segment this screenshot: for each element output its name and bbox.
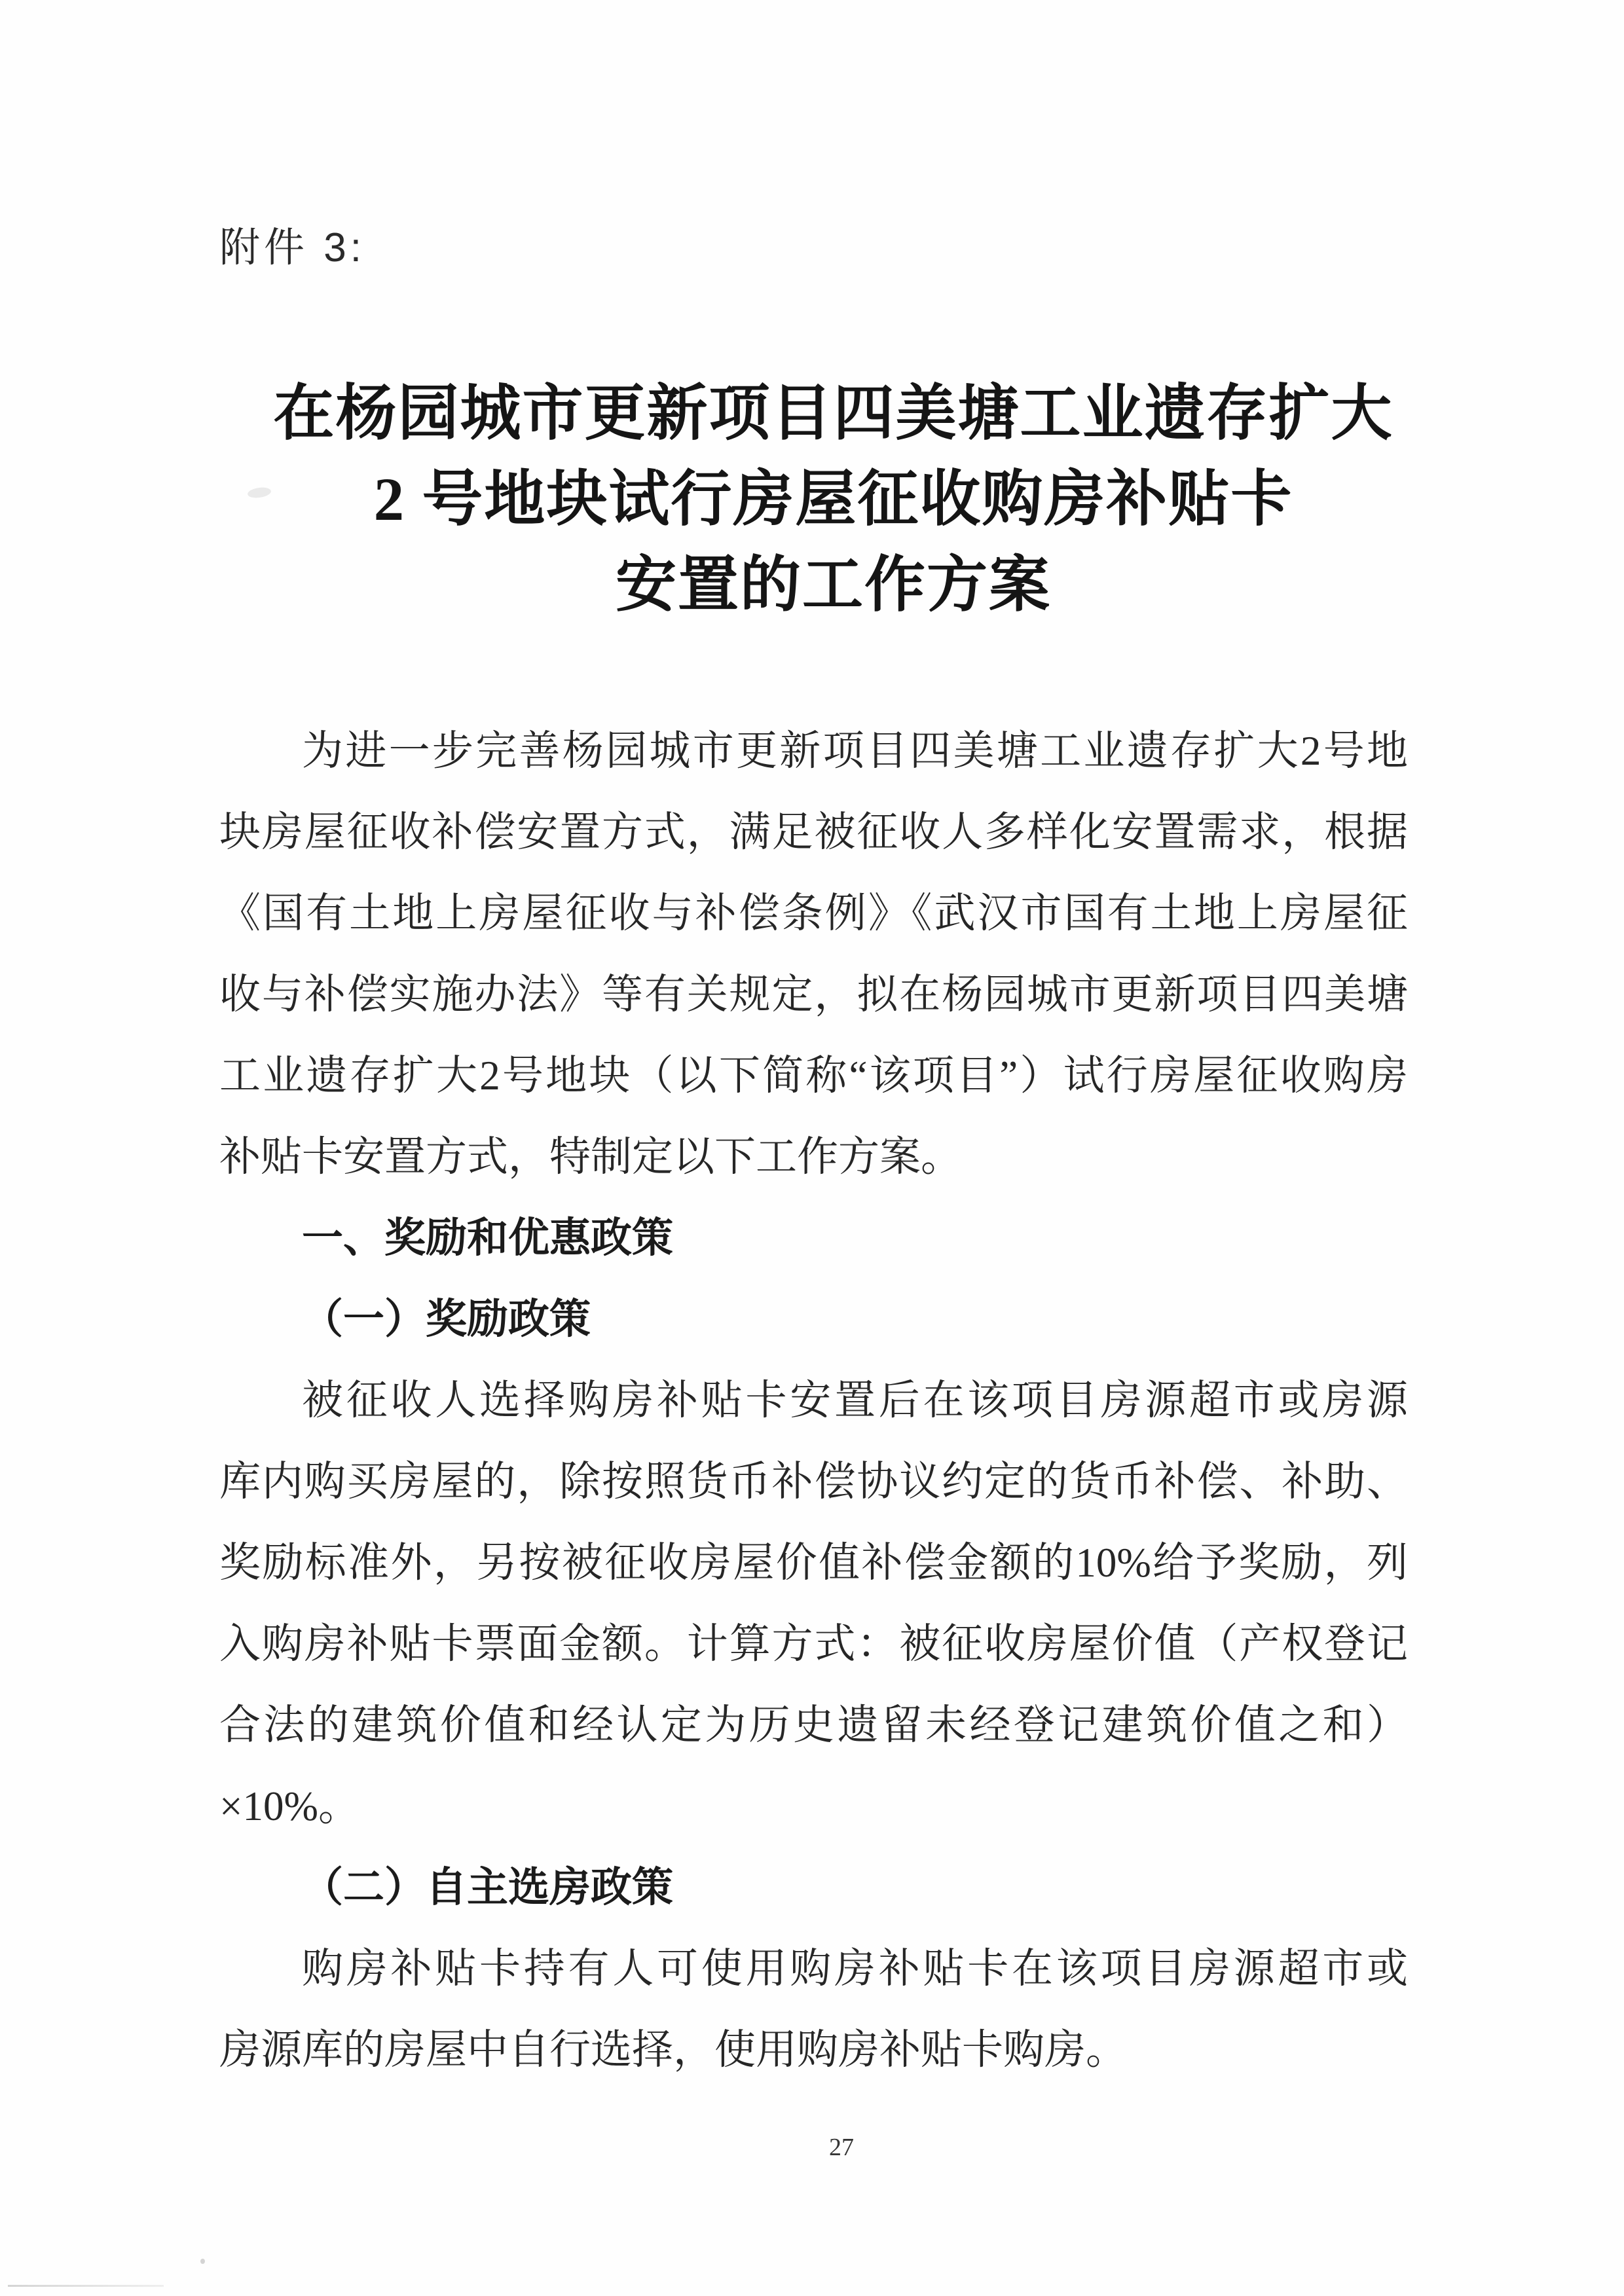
body-line: 合法的建筑价值和经认定为历史遗留未经登记建筑价值之和） [219,1685,1408,1766]
subsection-heading: （一）奖励政策 [219,1279,1408,1360]
body-line: 为进一步完善杨园城市更新项目四美塘工业遗存扩大2号地 [219,710,1408,792]
body-line: 入购房补贴卡票面金额。计算方式：被征收房屋价值（产权登记 [219,1603,1408,1685]
subsection-heading: （二）自主选房政策 [219,1847,1408,1928]
body-text: 为进一步完善杨园城市更新项目四美塘工业遗存扩大2号地 块房屋征收补偿安置方式，满… [219,710,1408,2090]
document-title-line-1: 在杨园城市更新项目四美塘工业遗存扩大 [239,371,1428,457]
document-title-line-2: 2 号地块试行房屋征收购房补贴卡 [239,457,1428,543]
page-number: 27 [29,2133,1624,2162]
body-line: 奖励标准外，另按被征收房屋价值补偿金额的10%给予奖励，列 [219,1522,1408,1603]
document-title: 在杨园城市更新项目四美塘工业遗存扩大 2 号地块试行房屋征收购房补贴卡 安置的工… [219,371,1428,629]
body-line: 补贴卡安置方式，特制定以下工作方案。 [219,1116,1408,1197]
body-line: ×10%。 [219,1766,1408,1847]
section-heading: 一、奖励和优惠政策 [219,1197,1408,1279]
attachment-label: 附件 3: [219,215,365,273]
body-line: 块房屋征收补偿安置方式，满足被征收人多样化安置需求，根据 [219,792,1408,873]
document-page: 附件 3: 在杨园城市更新项目四美塘工业遗存扩大 2 号地块试行房屋征收购房补贴… [0,0,1624,2296]
body-line: 购房补贴卡持有人可使用购房补贴卡在该项目房源超市或 [219,1928,1408,2009]
body-line: 工业遗存扩大2号地块（以下简称“该项目”）试行房屋征收购房 [219,1035,1408,1116]
document-title-line-3: 安置的工作方案 [239,543,1428,629]
body-line: 库内购买房屋的，除按照货币补偿协议约定的货币补偿、补助、 [219,1441,1408,1522]
body-line: 收与补偿实施办法》等有关规定，拟在杨园城市更新项目四美塘 [219,954,1408,1035]
body-line: 房源库的房屋中自行选择，使用购房补贴卡购房。 [219,2009,1408,2090]
scan-artifact [8,2285,164,2287]
scan-artifact [200,2259,205,2264]
body-line: 《国有土地上房屋征收与补偿条例》《武汉市国有土地上房屋征 [219,873,1408,954]
body-line: 被征收人选择购房补贴卡安置后在该项目房源超市或房源 [219,1360,1408,1441]
